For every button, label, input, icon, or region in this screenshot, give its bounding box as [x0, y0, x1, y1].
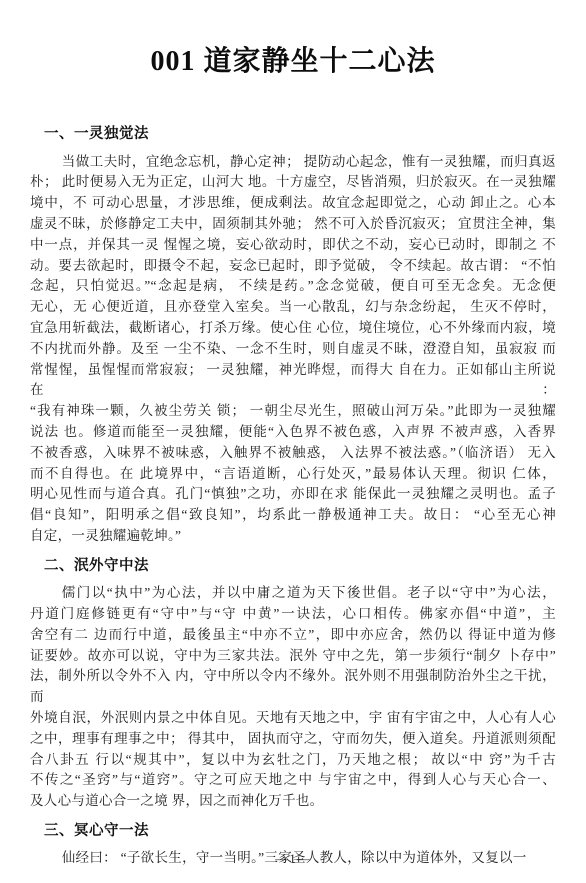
text-line: 不传之“圣窍”与“道窍”。守之可应天地之中 与宇宙之中，得到人心与天心合一、: [30, 770, 556, 791]
section-body-two: 儒门以“执中”为心法，并以中庸之道为天下後世倡。老子以“守中”为心法，丹道门庭修…: [30, 583, 556, 812]
text-line: 朴； 此时便易入无为正定，山河大 地。十方虚空，尽皆消殒，归於寂灭。在一灵独耀: [30, 172, 556, 193]
text-line: 丹道门庭修链更有“守中”与“守 中黄”一诀法，心口相传。佛家亦倡“中道”，主: [30, 604, 556, 625]
text-line: 念起，只怕觉迟。”“念起是病， 不续是药。”念念觉破，便自可至无念矣。无念便: [30, 276, 556, 297]
text-line: 法，制外所以令外不入 内，守中所以令内不缘外。泯外则不用强制防治外尘之干扰，而: [30, 666, 556, 708]
text-line: 当做工夫时，宜绝念忘机，静心定神； 提防动心起念，惟有一灵独耀，而归真返: [30, 152, 556, 173]
text-line: 境中，不 可动心思量，才涉思维，便成剩法。故宜念起即觉之，心动 卸止之。心本: [30, 193, 556, 214]
text-line: 证要妙。故亦可以说，守中为三家共法。泯外 守中之先，第一步须行“制夕 卜存中”: [30, 646, 556, 667]
text-line: 合八卦五 行以“规其中”，复以中为玄牡之门，乃天地之根； 故以“中 窍”为千古: [30, 750, 556, 771]
section-two: 二、泯外守中法 儒门以“执中”为心法，并以中庸之道为天下後世倡。老子以“守中”为…: [30, 556, 556, 812]
section-one: 一、一灵独觉法 当做工夫时，宜绝念忘机，静心定神； 提防动心起念，惟有一灵独耀，…: [30, 124, 556, 546]
text-line: 常惺惺，虽惺惺而常寂寂； 一灵独耀，神光晔煜，而得大 自在力。正如郁山主所说在：: [30, 360, 556, 402]
text-line: 中一点，并保其一灵 惺惺之境，妄心欲动时，即伏之不动，妄心已动时，即制之 不: [30, 235, 556, 256]
text-line: 倡“良知”，阳明承之倡“致良知”，均系此一静极通神工夫。故日： “心至无心神: [30, 505, 556, 526]
text-line: 儒门以“执中”为心法，并以中庸之道为天下後世倡。老子以“守中”为心法，: [30, 583, 556, 604]
text-line: 自定，一灵独耀遍乾坤。”: [30, 526, 556, 547]
text-line: 舍空有二 边而行中道，最後虽主“中亦不立”，即中亦应舍，然仍以 得证中道为修: [30, 625, 556, 646]
section-heading-three: 三、冥心守一法: [44, 821, 556, 841]
text-line: 虚灵不昧，於修静定工夫中，固须制其外驰； 然不可入於昏沉寂灭； 宜贯注全神，集: [30, 214, 556, 235]
text-line: 无心，无 心便近道，且亦登堂入室矣。当一心散乱，幻与杂念纷起， 生灭不停时，: [30, 297, 556, 318]
document-page: 001 道家静坐十二心法 一、一灵独觉法 当做工夫时，宜绝念忘机，静心定神； 提…: [0, 0, 586, 883]
text-line: 及人心与道心合一之境 界，因之而神化万千也。: [30, 791, 556, 812]
page-number: —1—: [0, 851, 586, 867]
text-line: 之中，理事有理事之中； 得其中， 固执而守之，守而勿失，便入道矣。丹道派则须配: [30, 729, 556, 750]
text-line: 明心见性而与道合真。孔门“慎独”之功，亦即在求 能保此一灵独耀之灵明也。孟子: [30, 484, 556, 505]
section-heading-one: 一、一灵独觉法: [44, 124, 556, 144]
text-line: 不内扰而外静。及至 一尘不染、一念不生时，则自虚灵不昧，澄澄自知，虽寂寂 而: [30, 339, 556, 360]
text-line: 外境自泯，外泯则内景之中体自见。天地有天地之中，宇 宙有宇宙之中，人心有人心: [30, 708, 556, 729]
text-line: 不被香惑，入味界不被味惑，入触界不被触惑， 入法界不被法惑。”（临济语） 无入: [30, 443, 556, 464]
text-line: 而不自得也。在 此境界中，“言语道断，心行处灭，”最易体认天理。彻识 仁体，: [30, 464, 556, 485]
text-line: “我有神珠一颗，久被尘劳关 锁； 一朝尘尽光生，照破山河万朵。”此即为一灵独耀: [30, 401, 556, 422]
text-line: 动。要去欲起时，即摄令不起，妄念已起时，即予觉破， 令不续起。故古谓： “不怕: [30, 256, 556, 277]
text-line: 说法 也。修道而能至一灵独耀，便能“入色界不被色惑，入声界 不被声惑，入香界: [30, 422, 556, 443]
section-heading-two: 二、泯外守中法: [44, 556, 556, 576]
text-line: 宜急用斩截法，截断诸心，打杀万缘。使心住 心位，境住境位，心不外缘而内寂，境: [30, 318, 556, 339]
section-body-one: 当做工夫时，宜绝念忘机，静心定神； 提防动心起念，惟有一灵独耀，而归真返朴； 此…: [30, 152, 556, 547]
page-title: 001 道家静坐十二心法: [30, 44, 556, 80]
